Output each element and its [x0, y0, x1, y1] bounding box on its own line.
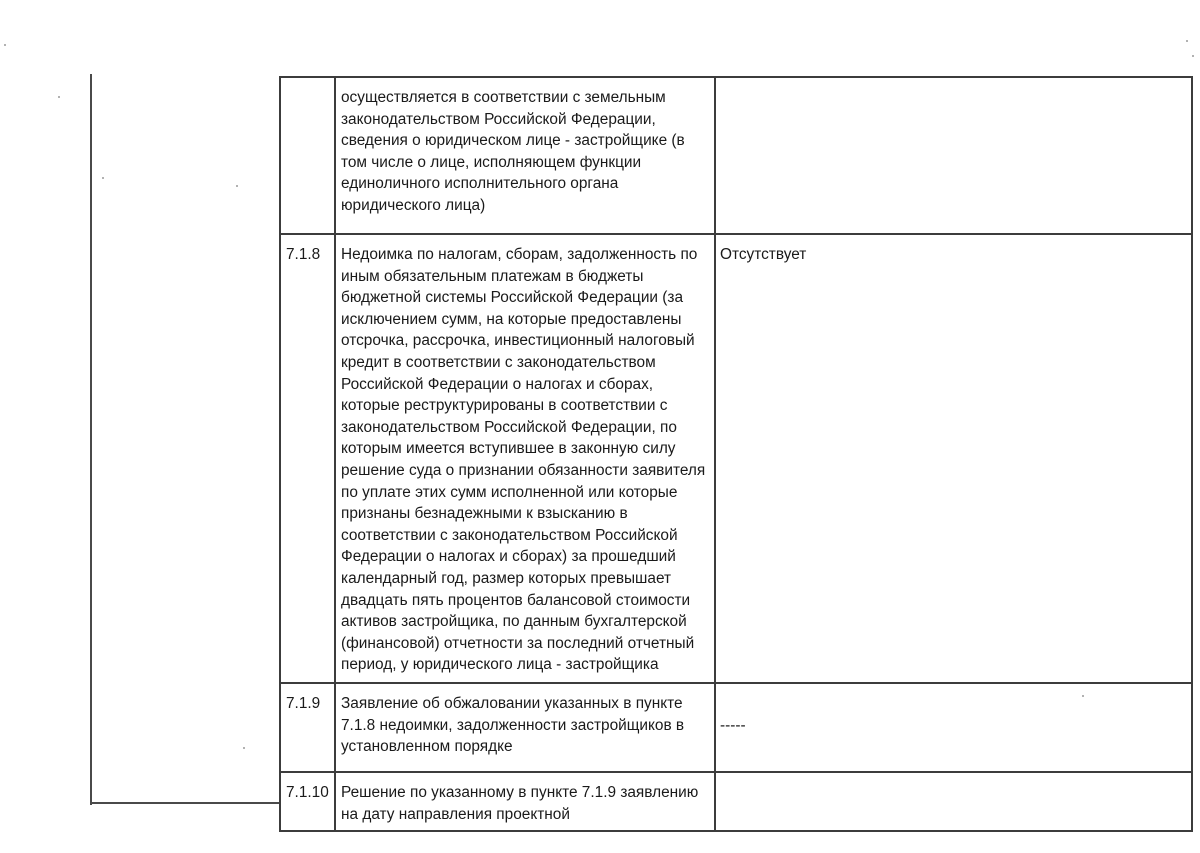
row-description: Заявление об обжаловании указанных в пун… [335, 683, 715, 772]
outer-left-empty-column [92, 74, 278, 802]
row-value-text: ----- [720, 693, 1187, 737]
row-number: 7.1.8 [280, 234, 335, 683]
scan-speck [4, 44, 6, 46]
declaration-table: осуществляется в соответствии с земельны… [279, 76, 1193, 832]
row-value [715, 772, 1192, 831]
table-row: осуществляется в соответствии с земельны… [280, 77, 1192, 234]
scan-speck [1082, 695, 1084, 697]
row-value: ----- [715, 683, 1192, 772]
row-number [280, 77, 335, 234]
row-value: Отсутствует [715, 234, 1192, 683]
scan-speck [243, 747, 245, 749]
row-description: Недоимка по налогам, сборам, задолженнос… [335, 234, 715, 683]
table-row: 7.1.10 Решение по указанному в пункте 7.… [280, 772, 1192, 831]
row-value-text: Отсутствует [720, 244, 1187, 266]
scan-speck [58, 96, 60, 98]
row-number: 7.1.9 [280, 683, 335, 772]
table-row: 7.1.8 Недоимка по налогам, сборам, задол… [280, 234, 1192, 683]
scan-speck [1186, 40, 1188, 42]
scan-speck [102, 177, 104, 179]
scanned-document-page: осуществляется в соответствии с земельны… [0, 0, 1200, 853]
row-value [715, 77, 1192, 234]
scan-speck [1192, 55, 1194, 57]
scan-speck [236, 185, 238, 187]
row-description: Решение по указанному в пункте 7.1.9 зая… [335, 772, 715, 831]
outer-bottom-border [90, 802, 280, 804]
table-row: 7.1.9 Заявление об обжаловании указанных… [280, 683, 1192, 772]
row-description: осуществляется в соответствии с земельны… [335, 77, 715, 234]
row-number: 7.1.10 [280, 772, 335, 831]
